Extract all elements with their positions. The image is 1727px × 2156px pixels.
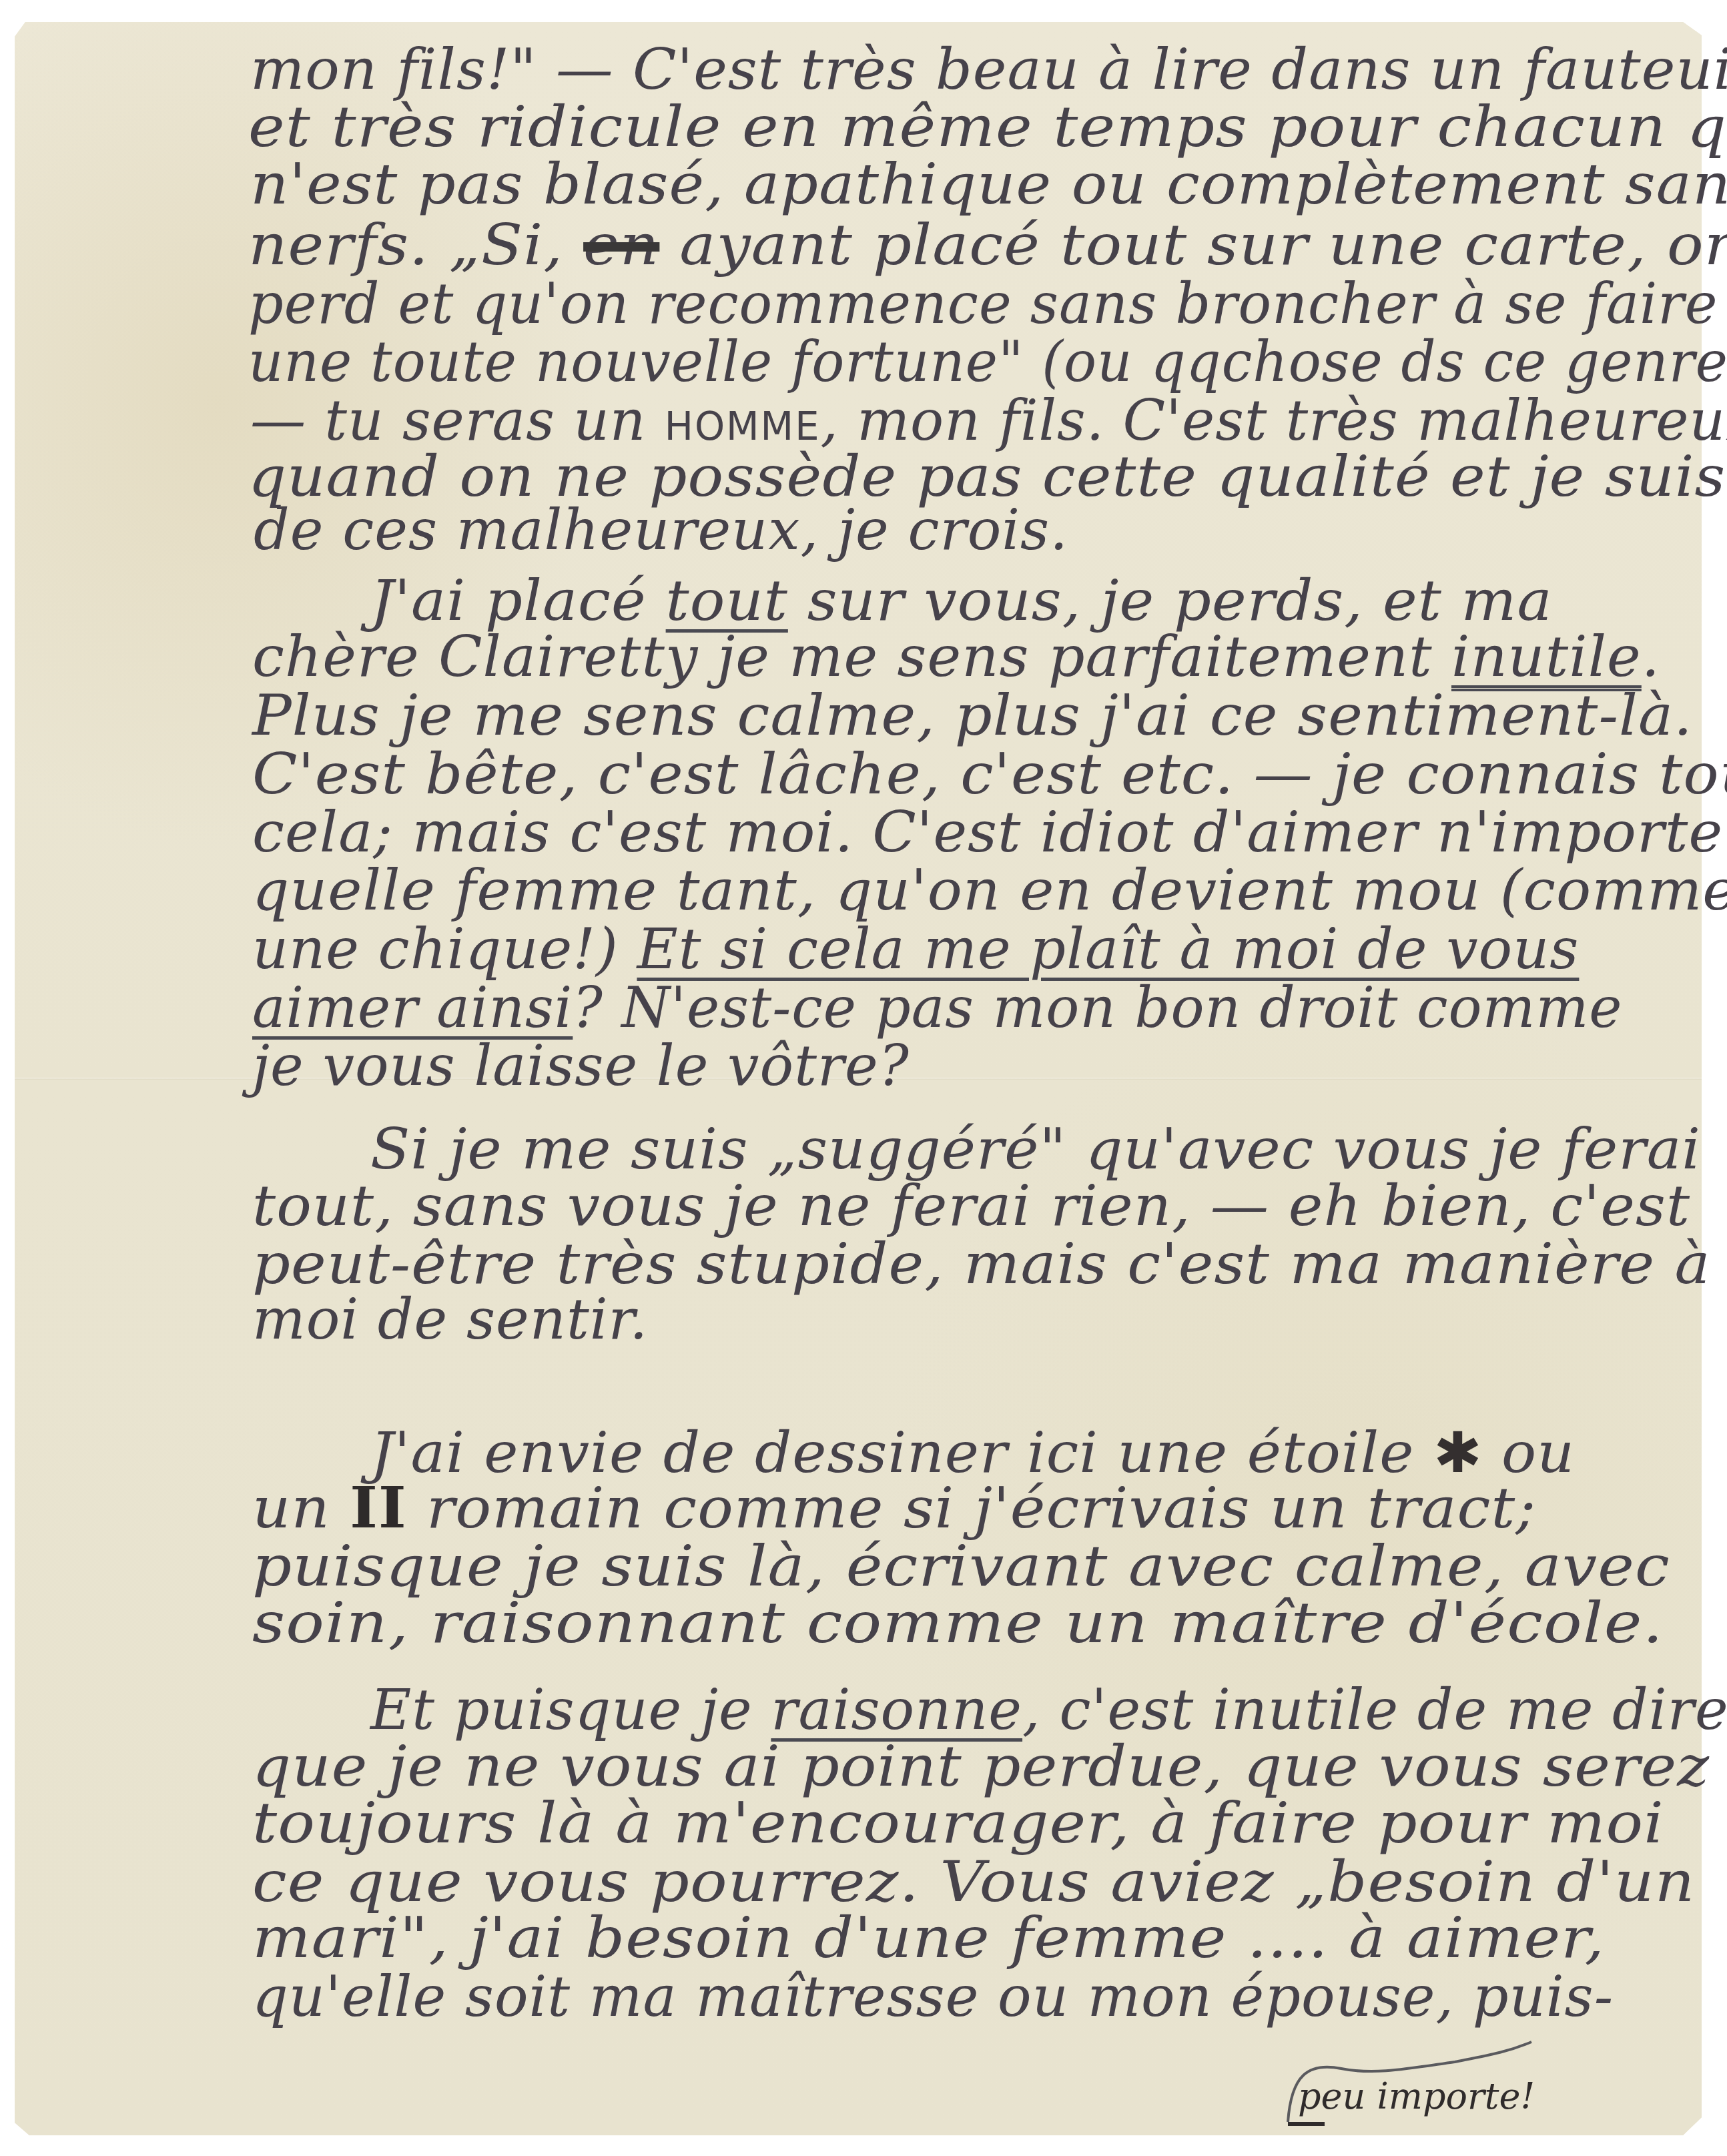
annotation-connector-line [0, 0, 1727, 2156]
margin-annotation: peu importe! [1298, 2075, 1535, 2117]
